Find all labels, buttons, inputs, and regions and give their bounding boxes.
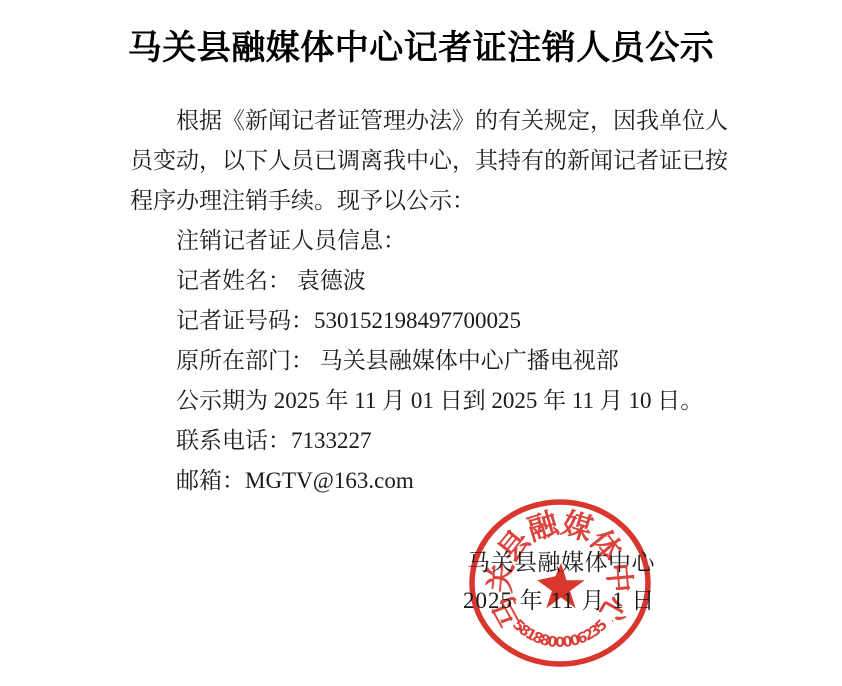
info-line-contact-phone: 联系电话：7133227 <box>130 421 728 461</box>
info-line-header: 注销记者证人员信息： <box>130 221 728 261</box>
info-line-former-department: 原所在部门： 马关县融媒体中心广播电视部 <box>130 341 728 381</box>
paragraph-line: 程序办理注销手续。现予以公示： <box>130 181 728 221</box>
signature-date: 2025 年 11 月 1 日 <box>463 582 655 615</box>
info-line-certificate-number: 记者证号码：530152198497700025 <box>130 301 728 341</box>
notice-document: 马关县融媒体中心记者证注销人员公示 根据《新闻记者证管理办法》的有关规定，因我单… <box>0 0 842 686</box>
paragraph-line: 根据《新闻记者证管理办法》的有关规定，因我单位人 <box>130 101 728 141</box>
page-title: 马关县融媒体中心记者证注销人员公示 <box>0 20 842 69</box>
info-line-reporter-name: 记者姓名： 袁德波 <box>130 261 728 301</box>
notice-body: 根据《新闻记者证管理办法》的有关规定，因我单位人 员变动，以下人员已调离我中心，… <box>130 101 728 501</box>
signature-org: 马关县融媒体中心 <box>467 544 655 577</box>
paragraph-line: 员变动，以下人员已调离我中心，其持有的新闻记者证已按 <box>130 141 728 181</box>
info-line-email: 邮箱：MGTV@163.com <box>130 461 728 501</box>
info-line-publicity-period: 公示期为 2025 年 11 月 01 日到 2025 年 11 月 10 日。 <box>130 381 728 421</box>
